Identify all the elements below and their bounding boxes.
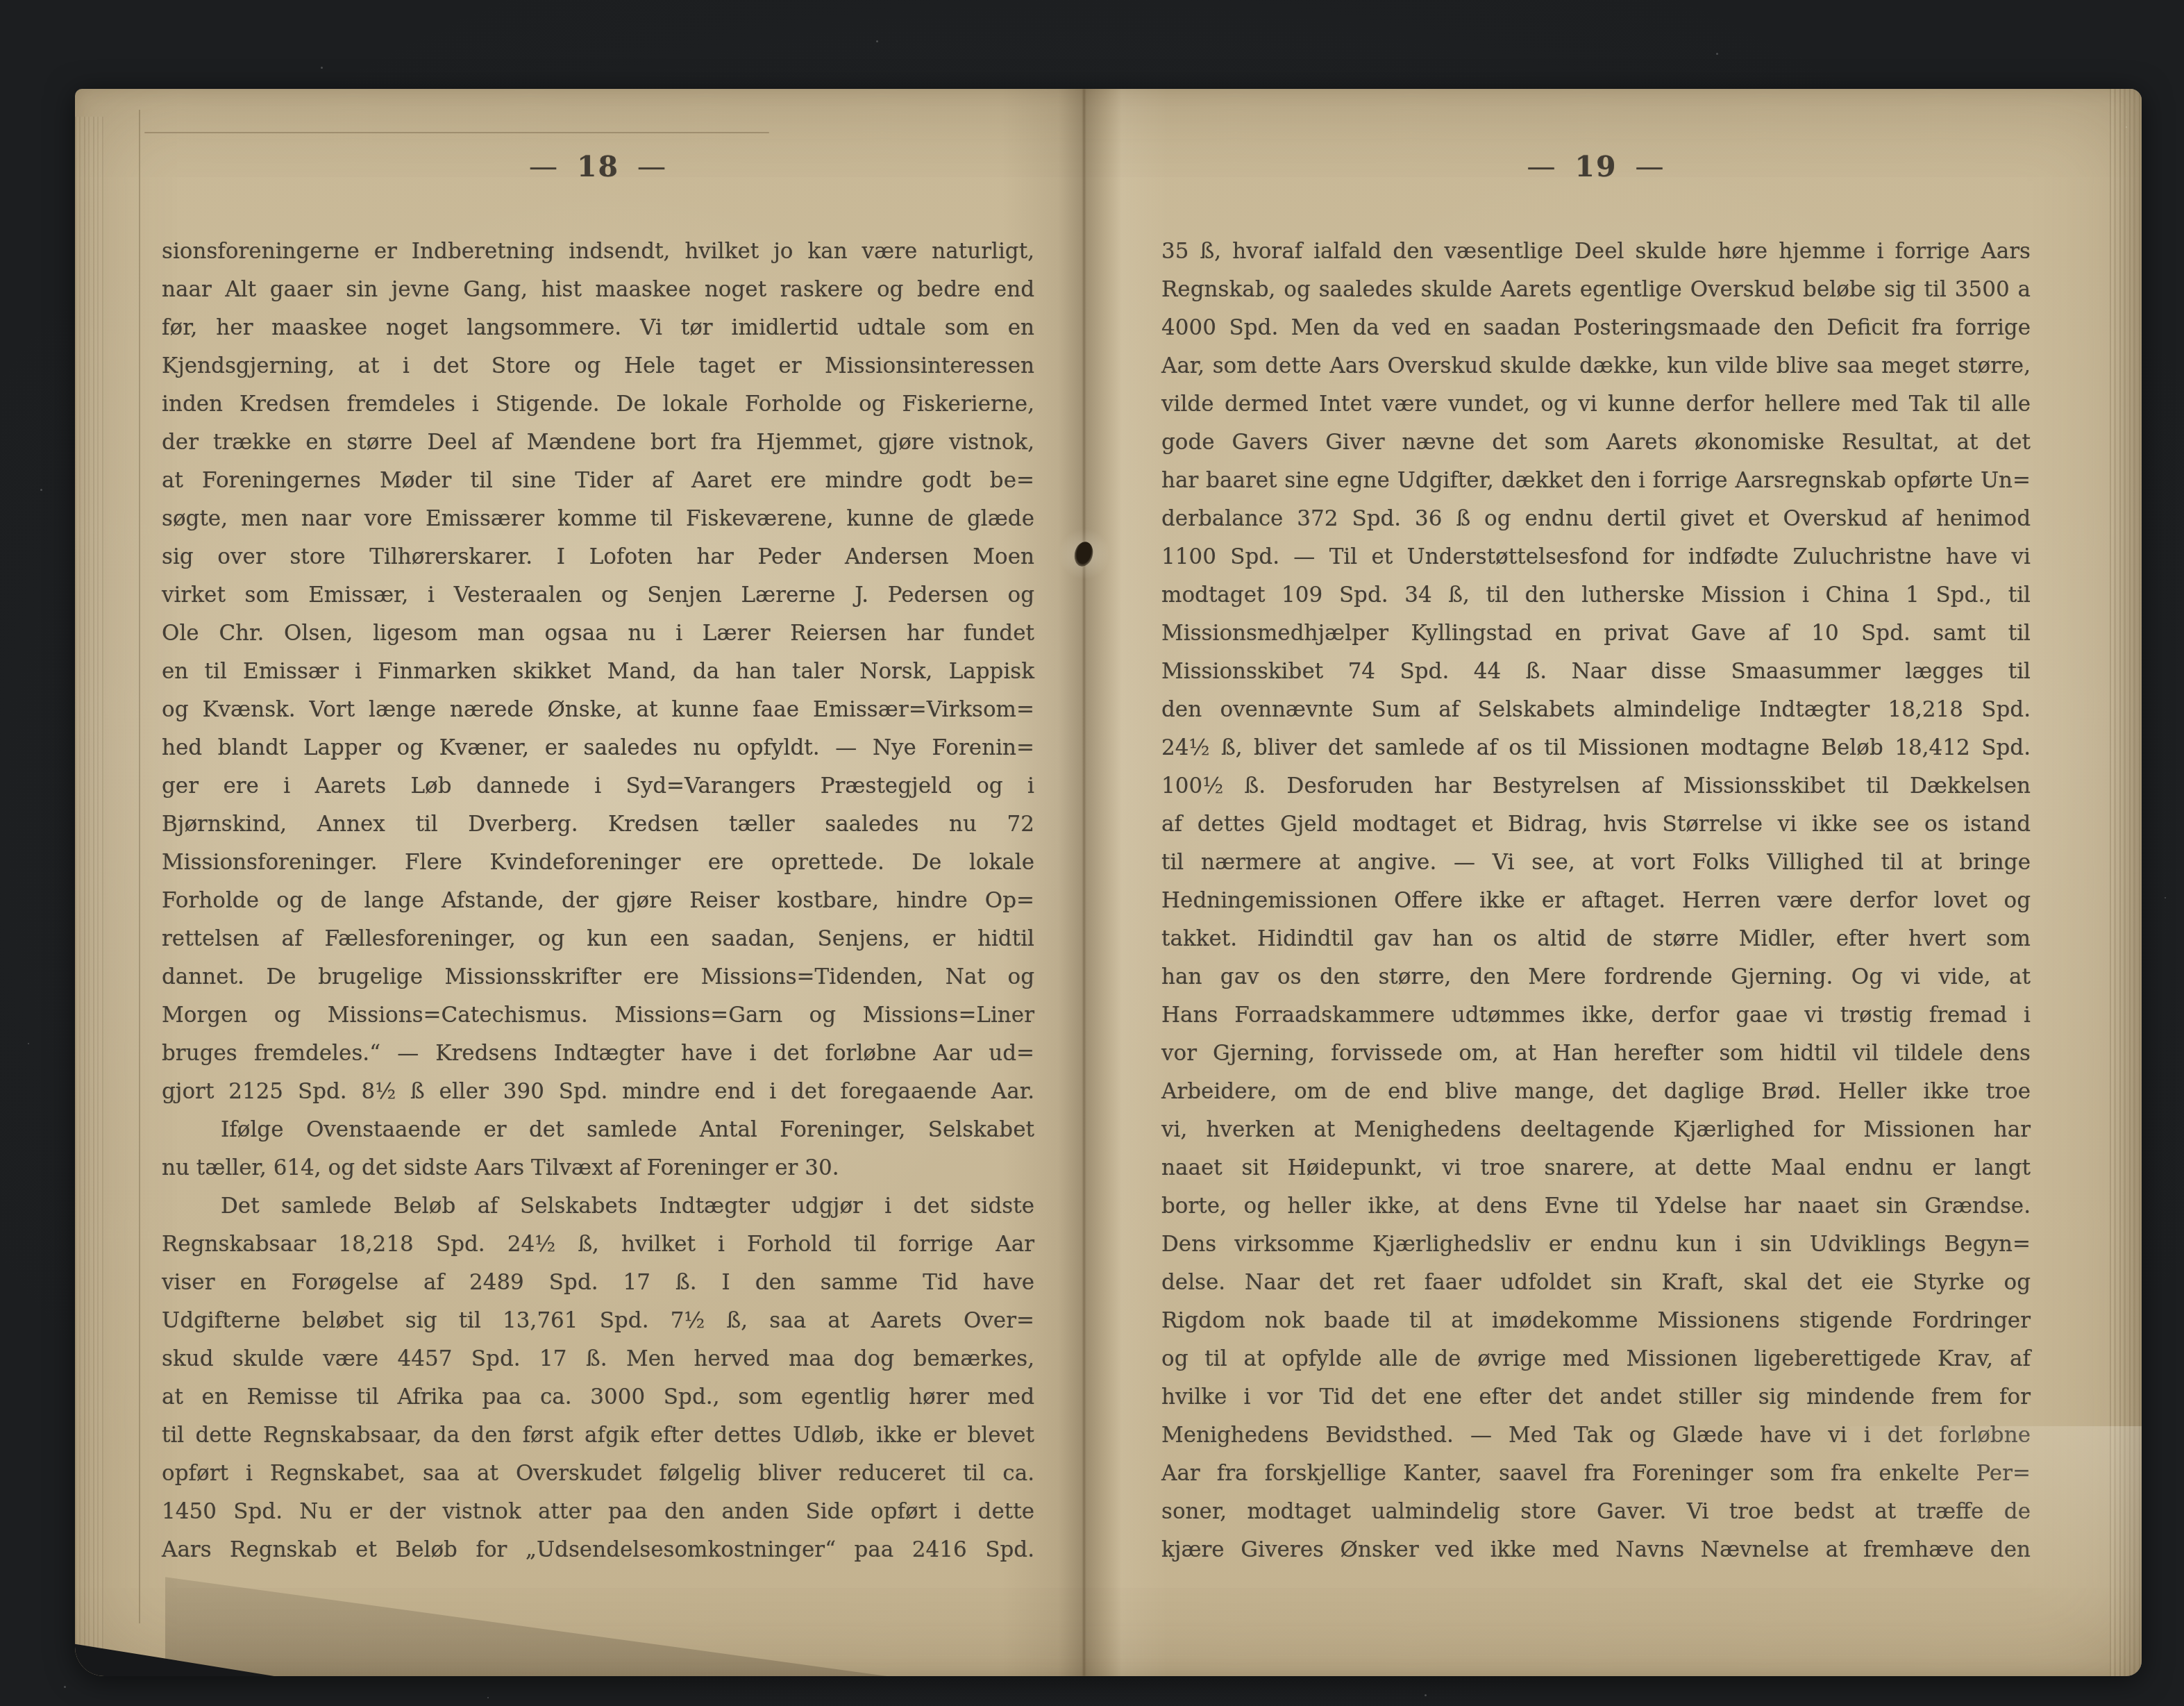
dust-speck [2126, 126, 2127, 128]
text-line: den ovennævnte Sum af Selskabets alminde… [1161, 691, 2031, 729]
dust-speck [28, 1043, 29, 1044]
text-line: virket som Emissær, i Vesteraalen og Sen… [162, 576, 1034, 614]
text-line: sig over store Tilhørerskarer. I Lofoten… [162, 538, 1034, 576]
text-line: bruges fremdeles.“ — Kredsens Indtægter … [162, 1035, 1034, 1073]
text-line: opført i Regnskabet, saa at Overskudet f… [162, 1455, 1034, 1493]
text-line: Ole Chr. Olsen, ligesom man ogsaa nu i L… [162, 614, 1034, 653]
text-line: hed blandt Lapper og Kvæner, er saaledes… [162, 729, 1034, 767]
header-dash-left: — [511, 150, 577, 183]
text-line: sionsforeningerne er Indberetning indsen… [162, 233, 1034, 271]
text-line: har baaret sine egne Udgifter, dækket de… [1161, 462, 2031, 500]
dust-speck [487, 1697, 489, 1698]
text-line: Hans Forraadskammere udtømmes ikke, derf… [1161, 996, 2031, 1035]
text-line: viser en Forøgelse af 2489 Spd. 17 ß. I … [162, 1264, 1034, 1302]
text-line: før, her maaskee noget langsommere. Vi t… [162, 309, 1034, 347]
text-line: 35 ß, hvoraf ialfald den væsentlige Deel… [1161, 233, 2031, 271]
text-line: Arbeidere, om de end blive mange, det da… [1161, 1073, 2031, 1111]
header-dash-right: — [619, 150, 685, 183]
text-line: Regnskabsaar 18,218 Spd. 24½ ß, hvilket … [162, 1226, 1034, 1264]
text-line: Regnskab, og saaledes skulde Aarets egen… [1161, 271, 2031, 309]
text-line: rettelsen af Fællesforeninger, og kun ee… [162, 920, 1034, 958]
dust-speck [1425, 1694, 1427, 1696]
text-line: gode Gavers Giver nævne det som Aarets ø… [1161, 424, 2031, 462]
text-line: inden Kredsen fremdeles i Stigende. De l… [162, 385, 1034, 424]
page-number-header: —19— [1161, 150, 2031, 183]
text-line: modtaget 109 Spd. 34 ß, til den luthersk… [1161, 576, 2031, 614]
corner-sheen [1850, 1426, 2142, 1676]
dust-speck [2165, 897, 2166, 898]
text-line: til nærmere at angive. — Vi see, at vort… [1161, 844, 2031, 882]
text-line: naaet sit Høidepunkt, vi troe snarere, a… [1161, 1149, 2031, 1187]
text-line: Missionsmedhjælper Kyllingstad en privat… [1161, 614, 2031, 653]
text-line: Bjørnskind, Annex til Dverberg. Kredsen … [162, 805, 1034, 844]
text-line: der trække en større Deel af Mændene bor… [162, 424, 1034, 462]
text-line: Aars Regnskab et Beløb for „Udsendelseso… [162, 1531, 1034, 1569]
text-line: hvilke i vor Tid det ene efter det andet… [1161, 1378, 2031, 1416]
text-line: 100½ ß. Desforuden har Bestyrelsen af Mi… [1161, 767, 2031, 805]
book-spread: —18— sionsforeningerne er Indberetning i… [75, 89, 2142, 1676]
text-line: og Kvænsk. Vort længe nærede Ønske, at k… [162, 691, 1034, 729]
text-line: Det samlede Beløb af Selskabets Indtægte… [162, 1187, 1034, 1226]
text-block-right: 35 ß, hvoraf ialfald den væsentlige Deel… [1161, 233, 2031, 1569]
text-line: gjort 2125 Spd. 8½ ß eller 390 Spd. mind… [162, 1073, 1034, 1111]
text-line: vi, hverken at Menighedens deeltagende K… [1161, 1111, 2031, 1149]
text-line: 24½ ß, bliver det samlede af os til Miss… [1161, 729, 2031, 767]
text-line: 1450 Spd. Nu er der vistnok atter paa de… [162, 1493, 1034, 1531]
text-line: og til at opfylde alle de øvrige med Mis… [1161, 1340, 2031, 1378]
text-line: til dette Regnskabsaar, da den først afg… [162, 1416, 1034, 1455]
text-line: dannet. De brugelige Missionsskrifter er… [162, 958, 1034, 996]
text-block-left: sionsforeningerne er Indberetning indsen… [162, 233, 1034, 1569]
dust-speck [1716, 53, 1718, 55]
text-line: naar Alt gaaer sin jevne Gang, hist maas… [162, 271, 1034, 309]
dust-speck [64, 1686, 66, 1688]
page-left: —18— sionsforeningerne er Indberetning i… [75, 89, 1085, 1676]
dust-speck [876, 40, 878, 42]
text-line: Dens virksomme Kjærlighedsliv er endnu k… [1161, 1226, 2031, 1264]
text-line: Udgifterne beløbet sig til 13,761 Spd. 7… [162, 1302, 1034, 1340]
page-number: 19 [1574, 150, 1617, 183]
text-line: ger ere i Aarets Løb dannede i Syd=Varan… [162, 767, 1034, 805]
text-line: 4000 Spd. Men da ved en saadan Postering… [1161, 309, 2031, 347]
text-line: Rigdom nok baade til at imødekomme Missi… [1161, 1302, 2031, 1340]
text-line: at en Remisse til Afrika paa ca. 3000 Sp… [162, 1378, 1034, 1416]
page-number-header: —18— [162, 150, 1034, 183]
text-line: at Foreningernes Møder til sine Tider af… [162, 462, 1034, 500]
dust-speck [40, 489, 42, 491]
text-line: af dettes Gjeld modtaget et Bidrag, hvis… [1161, 805, 2031, 844]
text-line: Missionsskibet 74 Spd. 44 ß. Naar disse … [1161, 653, 2031, 691]
header-dash-left: — [1509, 150, 1574, 183]
text-line: 1100 Spd. — Til et Understøttelsesfond f… [1161, 538, 2031, 576]
text-line: vor Gjerning, forvissede om, at Han here… [1161, 1035, 2031, 1073]
text-line: Aar, som dette Aars Overskud skulde dækk… [1161, 347, 2031, 385]
page-number: 18 [577, 150, 619, 183]
header-dash-right: — [1618, 150, 1683, 183]
text-line: delse. Naar det ret faaer udfoldet sin K… [1161, 1264, 2031, 1302]
dust-speck [321, 67, 323, 69]
scan-background: { "colors": { "background": "#1c1e20", "… [0, 0, 2184, 1706]
text-line: nu tæller, 614, og det sidste Aars Tilvæ… [162, 1149, 1034, 1187]
text-line: derbalance 372 Spd. 36 ß og endnu dertil… [1161, 500, 2031, 538]
text-line: han gav os den større, den Mere fordrend… [1161, 958, 2031, 996]
text-line: Kjendsgjerning, at i det Store og Hele t… [162, 347, 1034, 385]
text-line: en til Emissær i Finmarken skikket Mand,… [162, 653, 1034, 691]
text-line: skud skulde være 4457 Spd. 17 ß. Men her… [162, 1340, 1034, 1378]
text-line: Missionsforeninger. Flere Kvindeforening… [162, 844, 1034, 882]
text-line: vilde dermed Intet være vundet, og vi ku… [1161, 385, 2031, 424]
text-line: Ifølge Ovenstaaende er det samlede Antal… [162, 1111, 1034, 1149]
text-line: søgte, men naar vore Emissærer komme til… [162, 500, 1034, 538]
text-line: Hedningemissionen Offere ikke er aftaget… [1161, 882, 2031, 920]
text-line: borte, og heller ikke, at dens Evne til … [1161, 1187, 2031, 1226]
text-line: Forholde og de lange Afstande, der gjøre… [162, 882, 1034, 920]
text-line: Morgen og Missions=Catechismus. Missions… [162, 996, 1034, 1035]
text-line: takket. Hidindtil gav han os altid de st… [1161, 920, 2031, 958]
